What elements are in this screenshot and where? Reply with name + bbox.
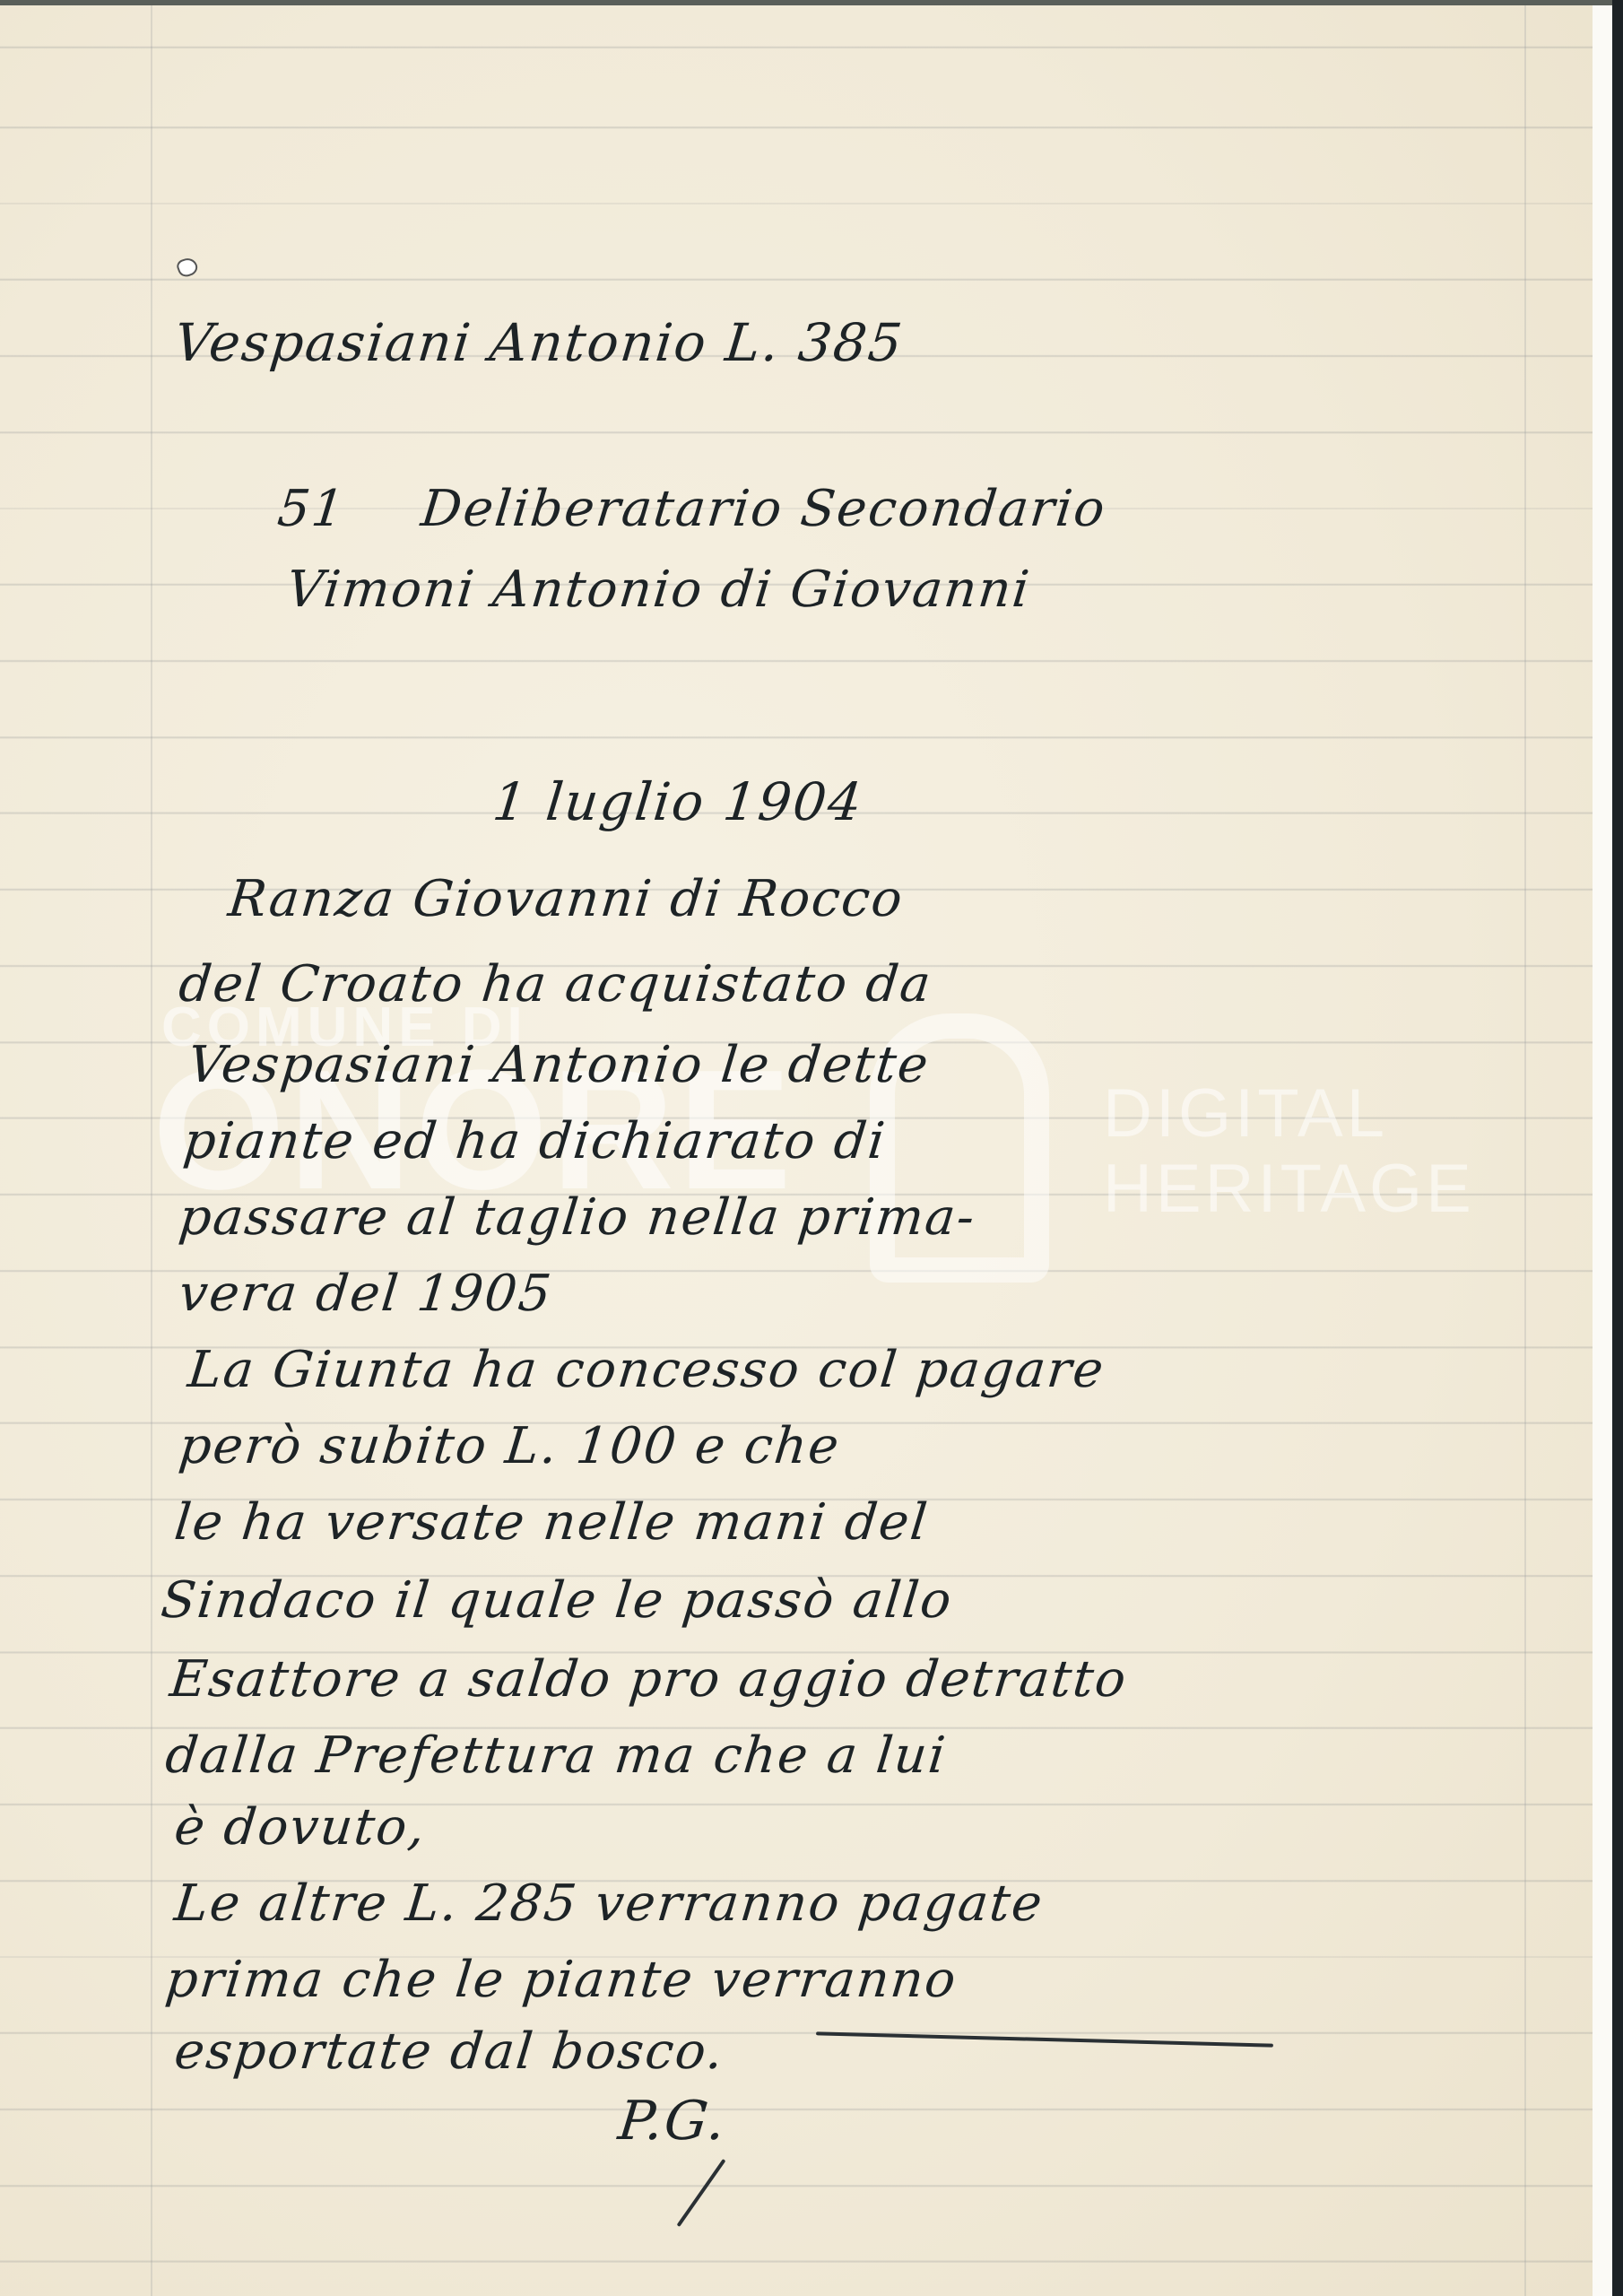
page-edge xyxy=(1593,5,1612,2296)
body-line: prima che le piante verranno xyxy=(163,1951,960,2009)
body-line: le ha versate nelle mani del xyxy=(172,1493,932,1552)
margin-line-right xyxy=(1524,5,1526,2296)
body-line: però subito L. 100 e che xyxy=(177,1417,844,1475)
body-line: piante ed ha dichiarato di xyxy=(181,1112,890,1170)
body-line: Le altre L. 285 verranno pagate xyxy=(172,1874,1046,1933)
body-line: Ranza Giovanni di Rocco xyxy=(226,870,907,928)
body-line: è dovuto, xyxy=(172,1798,430,1857)
body-line: Sindaco il quale le passò allo xyxy=(159,1571,956,1630)
body-line: esportate dal bosco. xyxy=(172,2022,728,2081)
body-line: dalla Prefettura ma che a lui xyxy=(163,1726,950,1785)
entry-number: 51 xyxy=(275,480,349,538)
body-line: vera del 1905 xyxy=(177,1265,556,1323)
entry-title: Deliberatario Secondario xyxy=(419,480,1109,538)
signature: P.G. xyxy=(615,2090,730,2152)
body-line: passare al taglio nella prima- xyxy=(177,1188,979,1247)
body-line: Esattore a saldo pro aggio detratto xyxy=(168,1650,1131,1709)
header-top-line: Vespasiani Antonio L. 385 xyxy=(171,312,907,373)
entry-date: 1 luglio 1904 xyxy=(490,771,866,832)
body-line: La Giunta ha concesso col pagare xyxy=(186,1341,1108,1399)
body-line: del Croato ha acquistato da xyxy=(177,955,935,1013)
margin-line-left xyxy=(151,5,152,2296)
entry-name: Vimoni Antonio di Giovanni xyxy=(284,561,1034,619)
body-line: Vespasiani Antonio le dette xyxy=(186,1036,933,1094)
scan-border xyxy=(1612,0,1623,2296)
